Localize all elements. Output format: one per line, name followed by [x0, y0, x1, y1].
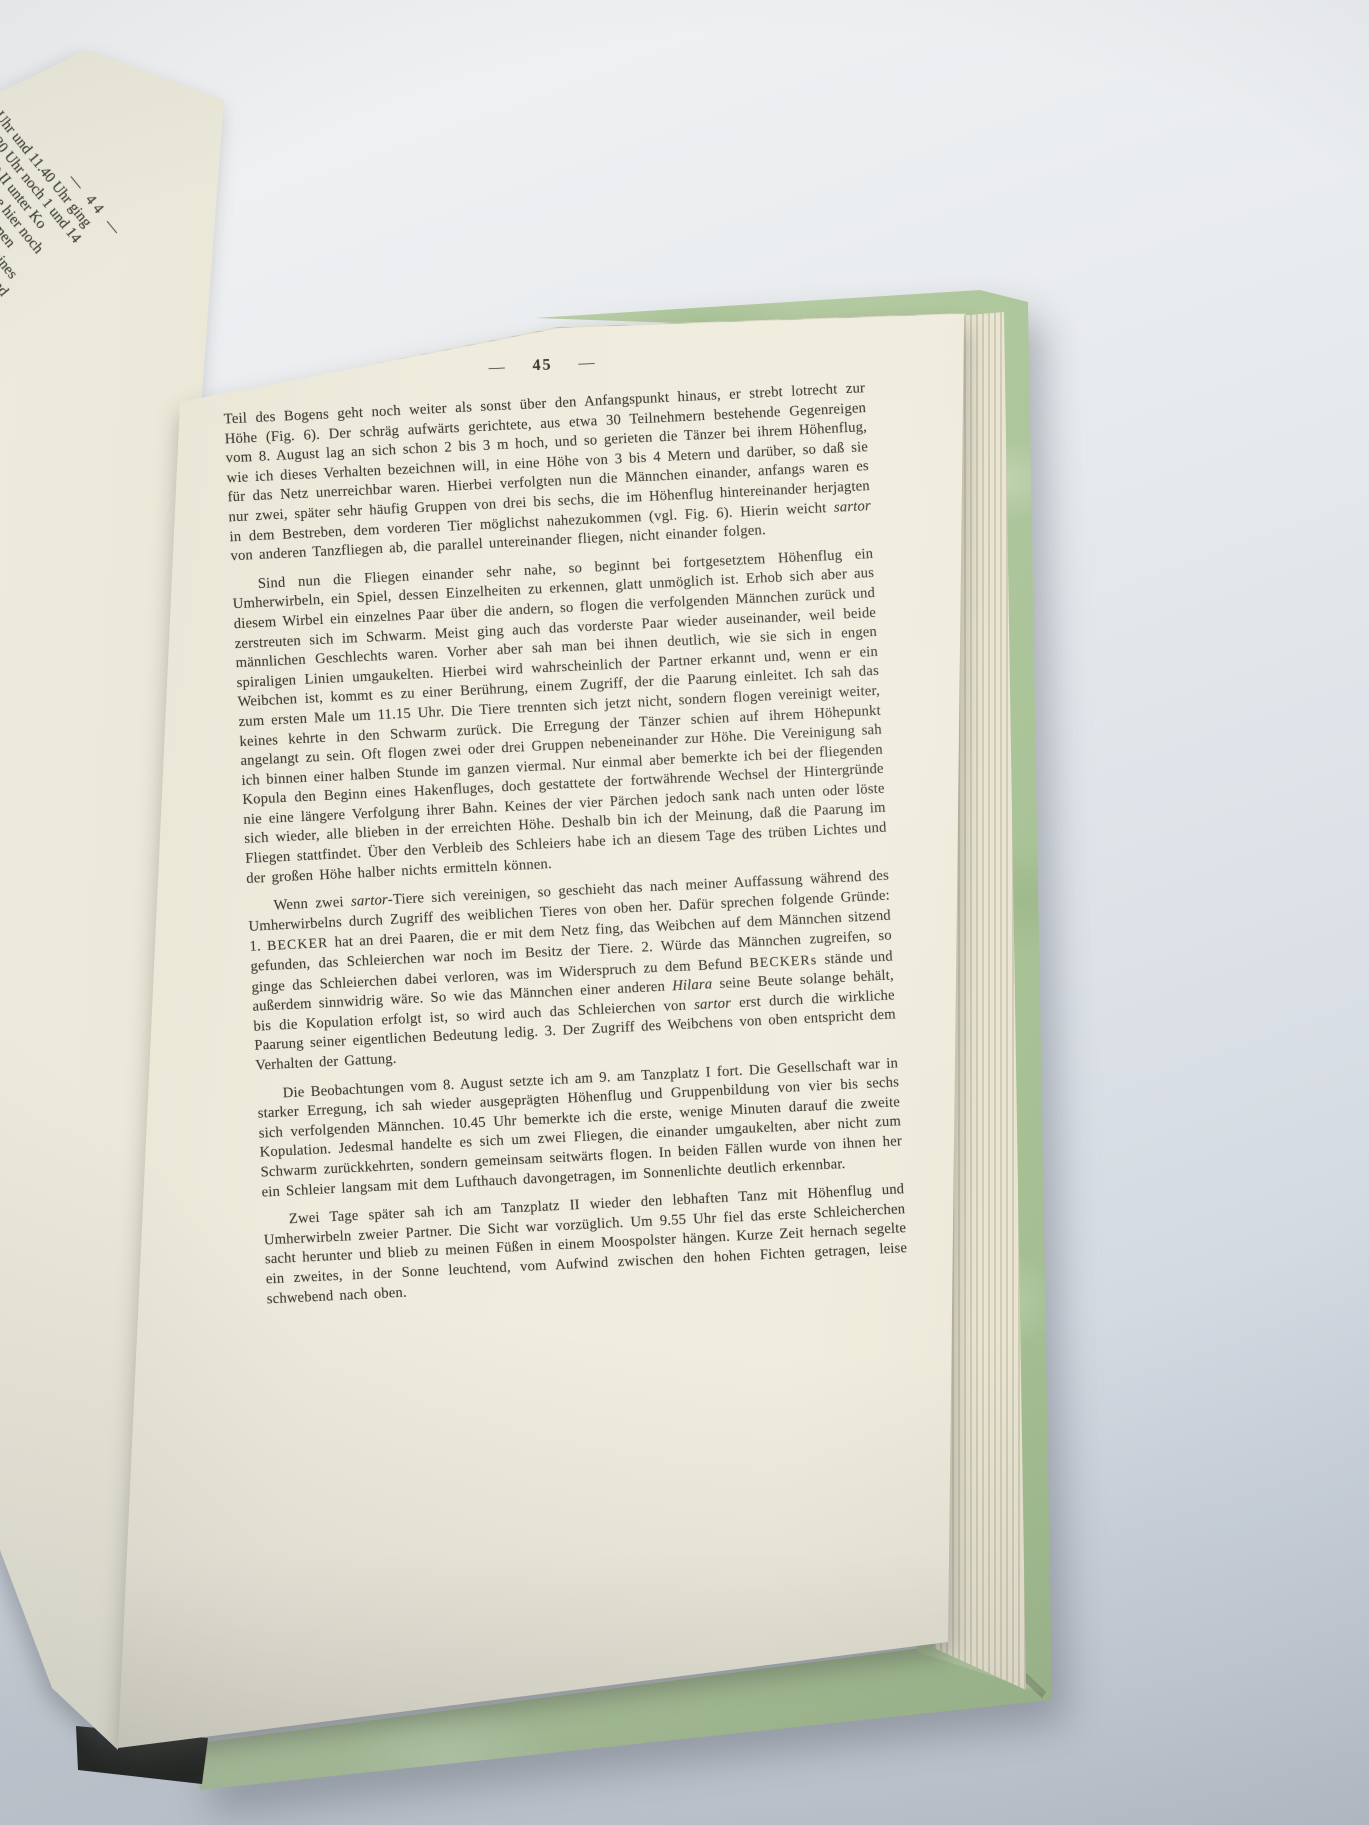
italic-term: sartor [351, 892, 389, 910]
header-dash-left: — [488, 359, 507, 377]
italic-term: sartor [834, 498, 872, 516]
author-name: BECKER [267, 935, 329, 953]
text-run: Die Beobachtungen vom 8. August setzte i… [257, 1055, 902, 1200]
text-run: Wenn zwei [273, 894, 351, 914]
paragraph: Wenn zwei sartor-Tiere sich vereinigen, … [247, 867, 897, 1076]
italic-term: sartor [694, 995, 732, 1013]
author-name: BECKERs [749, 952, 818, 970]
text-run: Sind nun die Fliegen einander sehr nahe,… [232, 546, 886, 887]
text-run: Zwei Tage später sah ich am Tanzplatz II… [264, 1181, 908, 1307]
book-photo: — 44 —en 11.30 Uhr und 11.40 Uhr gingnoc… [0, 0, 1369, 1825]
paragraph: Zwei Tage später sah ich am Tanzplatz II… [263, 1180, 909, 1309]
paragraph: Teil des Bogens geht noch weiter als son… [223, 379, 872, 567]
right-page: —45— Teil des Bogens geht noch weiter al… [0, 0, 1369, 1825]
text-run: Teil des Bogens geht noch weiter als son… [223, 380, 870, 545]
body-text: Teil des Bogens geht noch weiter als son… [223, 379, 908, 1309]
header-dash-right: — [578, 354, 597, 372]
paragraph: Sind nun die Fliegen einander sehr nahe,… [231, 545, 888, 889]
italic-term: Hilara [672, 976, 713, 994]
right-page-shadow-wrap: —45— Teil des Bogens geht noch weiter al… [0, 0, 1369, 1825]
paragraph: Die Beobachtungen vom 8. August setzte i… [256, 1054, 903, 1203]
right-page-content: —45— Teil des Bogens geht noch weiter al… [222, 341, 910, 1318]
page-number: 45 [532, 356, 553, 374]
